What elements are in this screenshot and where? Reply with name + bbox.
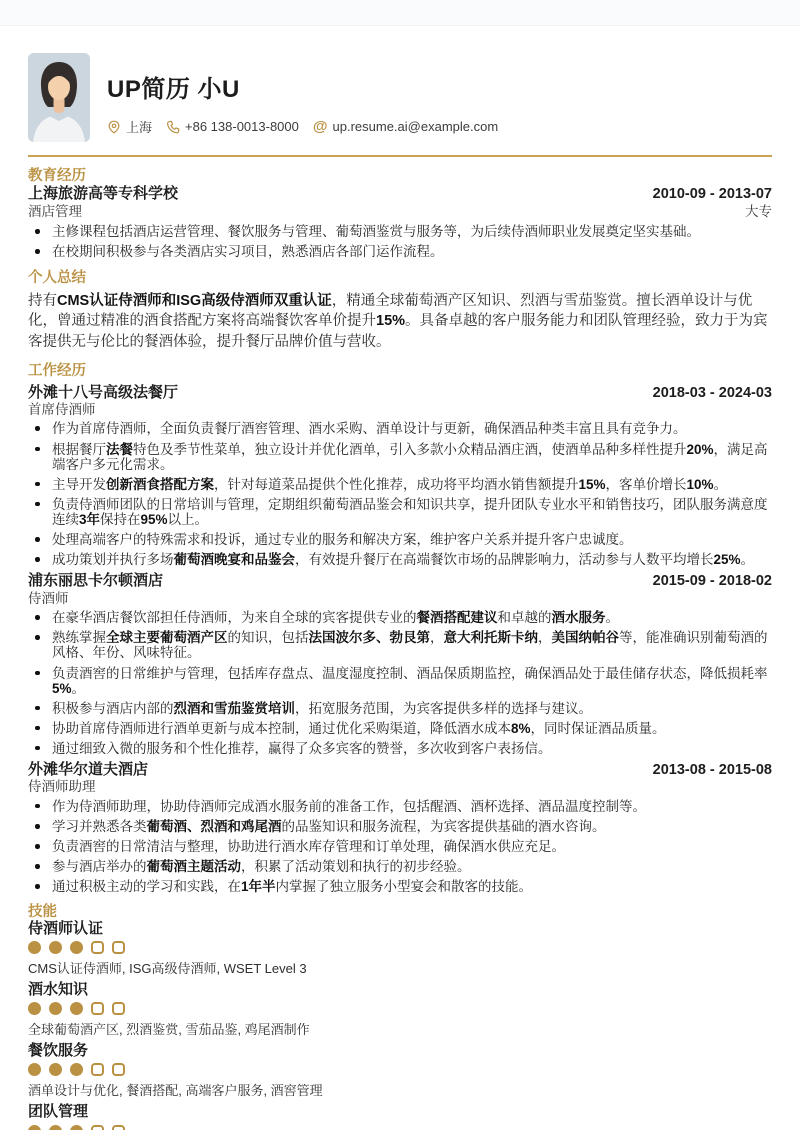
bullet-item: 负责酒窖的日常清洁与整理，协助进行酒水库存管理和订单处理，确保酒水供应充足。 bbox=[28, 839, 772, 854]
skill-dot-filled bbox=[49, 1125, 62, 1130]
bullet-item: 在豪华酒店餐饮部担任侍酒师，为来自全球的宾客提供专业的餐酒搭配建议和卓越的酒水服… bbox=[28, 610, 772, 625]
avatar bbox=[28, 53, 90, 142]
bullet-item: 通过细致入微的服务和个性化推荐，赢得了众多宾客的赞誉，多次收到客户表扬信。 bbox=[28, 741, 772, 756]
job-entry: 浦东丽思卡尔顿酒店 2015-09 - 2018-02 侍酒师 在豪华酒店餐饮部… bbox=[28, 572, 772, 756]
skill-name: 餐饮服务 bbox=[28, 1043, 772, 1060]
section-education: 教育经历 上海旅游高等专科学校 2010-09 - 2013-07 酒店管理 大… bbox=[28, 169, 772, 259]
job-title-row: 首席侍酒师 bbox=[28, 402, 772, 418]
bullet-item: 熟练掌握全球主要葡萄酒产区的知识，包括法国波尔多、勃艮第，意大利托斯卡纳，美国纳… bbox=[28, 630, 772, 660]
contact-location-text: 上海 bbox=[126, 117, 152, 136]
education-degree: 大专 bbox=[745, 204, 772, 220]
bullet-item: 作为侍酒师助理，协助侍酒师完成酒水服务前的准备工作，包括醒酒、酒杯选择、酒品温度… bbox=[28, 799, 772, 814]
skill-dots bbox=[28, 941, 772, 954]
job-period: 2018-03 - 2024-03 bbox=[653, 385, 772, 402]
skill-desc: CMS认证侍酒师, ISG高级侍酒师, WSET Level 3 bbox=[28, 961, 772, 977]
skill-dot-filled bbox=[70, 941, 83, 954]
bullet-item: 协助首席侍酒师进行酒单更新与成本控制，通过优化采购渠道，降低酒水成本8%，同时保… bbox=[28, 721, 772, 736]
bullet-item: 积极参与酒店内部的烈酒和雪茄鉴赏培训，拓宽服务范围，为宾客提供多样的选择与建议。 bbox=[28, 701, 772, 716]
skill-dots bbox=[28, 1063, 772, 1076]
section-skills: 技能 侍酒师认证 CMS认证侍酒师, ISG高级侍酒师, WSET Level … bbox=[28, 905, 772, 1130]
bullet-item: 根据餐厅法餐特色及季节性菜单，独立设计并优化酒单，引入多款小众精品酒庄酒，使酒单… bbox=[28, 442, 772, 472]
job-company: 浦东丽思卡尔顿酒店 bbox=[28, 572, 163, 590]
contact-phone-text: +86 138-0013-8000 bbox=[185, 119, 299, 134]
education-major-row: 酒店管理 大专 bbox=[28, 204, 772, 220]
education-major: 酒店管理 bbox=[28, 204, 82, 220]
bullet-item: 负责酒窖的日常维护与管理，包括库存盘点、温度湿度控制、酒品保质期监控，确保酒品处… bbox=[28, 666, 772, 696]
skill-dot-filled bbox=[28, 1063, 41, 1076]
job-entry: 外滩华尔道夫酒店 2013-08 - 2015-08 侍酒师助理 作为侍酒师助理… bbox=[28, 761, 772, 894]
skill-entry: 餐饮服务 酒单设计与优化, 餐酒搭配, 高端客户服务, 酒窖管理 bbox=[28, 1043, 772, 1099]
skill-dots bbox=[28, 1125, 772, 1130]
job-bullets: 作为首席侍酒师，全面负责餐厅酒窖管理、酒水采购、酒单设计与更新，确保酒品种类丰富… bbox=[28, 421, 772, 567]
section-summary: 个人总结 持有CMS认证侍酒师和ISG高级侍酒师双重认证，精通全球葡萄酒产区知识… bbox=[28, 271, 772, 352]
skill-dot-filled bbox=[49, 1063, 62, 1076]
skills-heading: 技能 bbox=[28, 905, 772, 920]
job-title-row: 侍酒师助理 bbox=[28, 779, 772, 795]
job-entry: 外滩十八号高级法餐厅 2018-03 - 2024-03 首席侍酒师 作为首席侍… bbox=[28, 384, 772, 568]
section-work: 工作经历 外滩十八号高级法餐厅 2018-03 - 2024-03 首席侍酒师 … bbox=[28, 364, 772, 894]
contact-email: @ up.resume.ai@example.com bbox=[313, 119, 498, 134]
bullet-item: 参与酒店举办的葡萄酒主题活动，积累了活动策划和执行的初步经验。 bbox=[28, 859, 772, 874]
skill-dot-empty bbox=[112, 941, 125, 954]
job-period: 2013-08 - 2015-08 bbox=[653, 762, 772, 779]
skill-dot-filled bbox=[49, 1002, 62, 1015]
skill-name: 侍酒师认证 bbox=[28, 921, 772, 938]
job-company: 外滩华尔道夫酒店 bbox=[28, 761, 148, 779]
job-bullets: 在豪华酒店餐饮部担任侍酒师，为来自全球的宾客提供专业的餐酒搭配建议和卓越的酒水服… bbox=[28, 610, 772, 756]
header: UP简历 小U 上海 +86 138-0013-8000 @ bbox=[28, 26, 772, 142]
skill-dot-filled bbox=[28, 941, 41, 954]
work-heading: 工作经历 bbox=[28, 364, 772, 379]
bullet-item: 主导开发创新酒食搭配方案，针对每道菜品提供个性化推荐，成功将平均酒水销售额提升1… bbox=[28, 477, 772, 492]
resume-page: UP简历 小U 上海 +86 138-0013-8000 @ bbox=[0, 26, 800, 1130]
candidate-name: UP简历 小U bbox=[107, 69, 498, 104]
skill-dots bbox=[28, 1002, 772, 1015]
contact-row: 上海 +86 138-0013-8000 @ up.resume.ai@exam… bbox=[107, 117, 498, 136]
contact-email-text: up.resume.ai@example.com bbox=[333, 119, 499, 134]
bullet-item: 学习并熟悉各类葡萄酒、烈酒和鸡尾酒的品鉴知识和服务流程，为宾客提供基础的酒水咨询… bbox=[28, 819, 772, 834]
job-title-row: 侍酒师 bbox=[28, 591, 772, 607]
skill-entry: 侍酒师认证 CMS认证侍酒师, ISG高级侍酒师, WSET Level 3 bbox=[28, 921, 772, 977]
skill-desc: 酒单设计与优化, 餐酒搭配, 高端客户服务, 酒窖管理 bbox=[28, 1083, 772, 1099]
skill-dot-empty bbox=[91, 941, 104, 954]
skill-entry: 团队管理 bbox=[28, 1104, 772, 1130]
job-company-row: 外滩十八号高级法餐厅 2018-03 - 2024-03 bbox=[28, 384, 772, 402]
avatar-portrait bbox=[28, 53, 90, 142]
school-name: 上海旅游高等专科学校 bbox=[28, 185, 178, 203]
skill-dot-empty bbox=[112, 1125, 125, 1130]
header-info: UP简历 小U 上海 +86 138-0013-8000 @ bbox=[107, 53, 498, 142]
skill-dot-empty bbox=[91, 1125, 104, 1130]
bullet-item: 负责侍酒师团队的日常培训与管理，定期组织葡萄酒品鉴会和知识共享，提升团队专业水平… bbox=[28, 497, 772, 527]
contact-phone: +86 138-0013-8000 bbox=[166, 119, 299, 134]
jobs-container: 外滩十八号高级法餐厅 2018-03 - 2024-03 首席侍酒师 作为首席侍… bbox=[28, 384, 772, 895]
summary-heading: 个人总结 bbox=[28, 271, 772, 286]
education-school-row: 上海旅游高等专科学校 2010-09 - 2013-07 bbox=[28, 185, 772, 203]
bullet-item: 处理高端客户的特殊需求和投诉，通过专业的服务和解决方案，维护客户关系并提升客户忠… bbox=[28, 532, 772, 547]
education-heading: 教育经历 bbox=[28, 169, 772, 184]
location-pin-icon bbox=[107, 120, 121, 134]
education-period: 2010-09 - 2013-07 bbox=[653, 186, 772, 203]
skill-dot-filled bbox=[70, 1125, 83, 1130]
skill-dot-filled bbox=[70, 1002, 83, 1015]
job-title: 侍酒师助理 bbox=[28, 779, 96, 795]
education-bullets: 主修课程包括酒店运营管理、餐饮服务与管理、葡萄酒鉴赏与服务等，为后续侍酒师职业发… bbox=[28, 224, 772, 259]
bullet-item: 在校期间积极参与各类酒店实习项目，熟悉酒店各部门运作流程。 bbox=[28, 244, 772, 259]
bullet-item: 作为首席侍酒师，全面负责餐厅酒窖管理、酒水采购、酒单设计与更新，确保酒品种类丰富… bbox=[28, 421, 772, 436]
skill-dot-filled bbox=[70, 1063, 83, 1076]
bullet-item: 成功策划并执行多场葡萄酒晚宴和品鉴会，有效提升餐厅在高端餐饮市场的品牌影响力，活… bbox=[28, 552, 772, 567]
at-icon: @ bbox=[313, 119, 328, 134]
skill-name: 酒水知识 bbox=[28, 982, 772, 999]
job-company: 外滩十八号高级法餐厅 bbox=[28, 384, 178, 402]
contact-location: 上海 bbox=[107, 117, 152, 136]
job-bullets: 作为侍酒师助理，协助侍酒师完成酒水服务前的准备工作，包括醒酒、酒杯选择、酒品温度… bbox=[28, 799, 772, 895]
skill-dot-empty bbox=[112, 1002, 125, 1015]
bullet-item: 通过积极主动的学习和实践，在1年半内掌握了独立服务小型宴会和散客的技能。 bbox=[28, 879, 772, 894]
job-title: 首席侍酒师 bbox=[28, 402, 96, 418]
skill-dot-filled bbox=[49, 941, 62, 954]
job-company-row: 浦东丽思卡尔顿酒店 2015-09 - 2018-02 bbox=[28, 572, 772, 590]
summary-text: 持有CMS认证侍酒师和ISG高级侍酒师双重认证，精通全球葡萄酒产区知识、烈酒与雪… bbox=[28, 291, 772, 353]
skill-name: 团队管理 bbox=[28, 1104, 772, 1121]
skill-entry: 酒水知识 全球葡萄酒产区, 烈酒鉴赏, 雪茄品鉴, 鸡尾酒制作 bbox=[28, 982, 772, 1038]
header-divider bbox=[28, 155, 772, 157]
skill-dot-empty bbox=[91, 1063, 104, 1076]
phone-icon bbox=[166, 120, 180, 134]
skill-dot-empty bbox=[112, 1063, 125, 1076]
job-title: 侍酒师 bbox=[28, 591, 69, 607]
skill-desc: 全球葡萄酒产区, 烈酒鉴赏, 雪茄品鉴, 鸡尾酒制作 bbox=[28, 1022, 772, 1038]
bullet-item: 主修课程包括酒店运营管理、餐饮服务与管理、葡萄酒鉴赏与服务等，为后续侍酒师职业发… bbox=[28, 224, 772, 239]
job-period: 2015-09 - 2018-02 bbox=[653, 573, 772, 590]
skill-dot-empty bbox=[91, 1002, 104, 1015]
job-company-row: 外滩华尔道夫酒店 2013-08 - 2015-08 bbox=[28, 761, 772, 779]
skills-container: 侍酒师认证 CMS认证侍酒师, ISG高级侍酒师, WSET Level 3 酒… bbox=[28, 921, 772, 1130]
page-top-margin bbox=[0, 0, 800, 26]
skill-dot-filled bbox=[28, 1002, 41, 1015]
skill-dot-filled bbox=[28, 1125, 41, 1130]
